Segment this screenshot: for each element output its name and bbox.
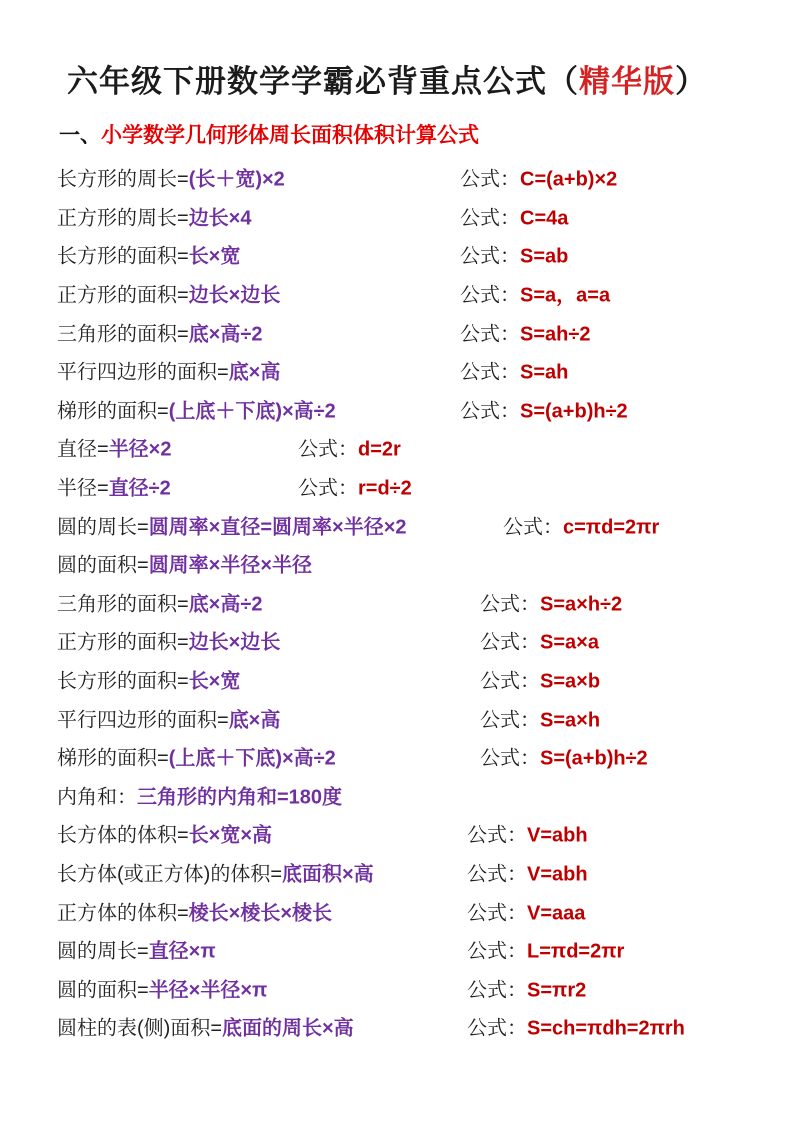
row-expression: 长×宽 — [189, 246, 241, 268]
formula-cell: 公式：S=a，a=a — [460, 279, 610, 308]
page-title: 六年级下册数学学霸必背重点公式（精华版） — [67, 56, 707, 101]
formula-prefix: 公式： — [467, 979, 527, 1001]
row-expression: 棱长×棱长×棱长 — [189, 902, 332, 924]
formula-row: 圆的面积=圆周率×半径×半径 — [0, 544, 793, 583]
formula-prefix: 公式： — [298, 478, 358, 500]
formula-value: V=abh — [527, 825, 588, 847]
formula-cell: 公式：L=πd=2πr — [467, 935, 624, 964]
formula-row: 直径=半径×2 公式：d=2r — [0, 428, 793, 467]
formula-value: S=ah — [520, 362, 568, 384]
row-left: 内角和：三角形的内角和=180度 — [57, 780, 342, 809]
row-label: 长方体(或正方体)的体积= — [57, 863, 282, 885]
formula-cell: 公式：S=ah — [460, 356, 568, 385]
formula-value: S=ch=πdh=2πrh — [527, 1018, 685, 1040]
formula-prefix: 公式： — [467, 863, 527, 885]
formula-prefix: 公式： — [460, 207, 520, 229]
formula-prefix: 公式： — [460, 169, 520, 191]
row-label: 直径= — [57, 439, 109, 461]
formula-value: S=πr2 — [527, 979, 586, 1001]
formula-row: 圆的周长=圆周率×直径=圆周率×半径×2 公式：c=πd=2πr — [0, 505, 793, 544]
formula-prefix: 公式： — [480, 593, 540, 615]
formula-value: S=(a+b)h÷2 — [520, 400, 628, 422]
formula-cell: 公式：S=a×h÷2 — [480, 587, 622, 616]
row-left: 三角形的面积=底×高÷2 — [57, 587, 262, 616]
row-left: 梯形的面积=(上底＋下底)×高÷2 — [57, 394, 336, 423]
row-expression: 底×高 — [229, 709, 281, 731]
row-left: 圆的面积=半径×半径×π — [57, 973, 267, 1002]
formula-row: 圆柱的表(侧)面积=底面的周长×高 公式：S=ch=πdh=2πrh — [0, 1007, 793, 1046]
row-expression: 圆周率×直径=圆周率×半径×2 — [149, 516, 407, 538]
formula-prefix: 公式： — [467, 941, 527, 963]
formula-cell: 公式：r=d÷2 — [298, 472, 412, 501]
formula-row: 长方形的面积=长×宽 公式：S=a×b — [0, 660, 793, 699]
formula-cell: 公式：S=(a+b)h÷2 — [480, 742, 648, 771]
row-expression: 圆周率×半径×半径 — [149, 555, 312, 577]
row-expression: 底×高÷2 — [189, 323, 263, 345]
formula-prefix: 公式： — [460, 400, 520, 422]
formula-cell: 公式：S=ch=πdh=2πrh — [467, 1012, 685, 1041]
page-title-highlight: 精华版 — [579, 64, 675, 99]
formula-cell: 公式：S=πr2 — [467, 973, 586, 1002]
formula-prefix: 公式： — [480, 748, 540, 770]
row-label: 三角形的面积= — [57, 323, 189, 345]
formula-value: V=abh — [527, 863, 588, 885]
formula-row: 半径=直径÷2 公式：r=d÷2 — [0, 467, 793, 506]
row-label: 平行四边形的面积= — [57, 709, 229, 731]
row-expression: (长＋宽)×2 — [189, 169, 285, 191]
row-expression: 边长×边长 — [189, 285, 281, 307]
formula-row: 正方体的体积=棱长×棱长×棱长 公式：V=aaa — [0, 891, 793, 930]
row-label: 内角和： — [57, 786, 137, 808]
row-left: 圆的周长=圆周率×直径=圆周率×半径×2 — [57, 510, 407, 539]
formula-cell: 公式：S=a×b — [480, 665, 600, 694]
row-label: 圆的周长= — [57, 941, 149, 963]
row-left: 正方体的体积=棱长×棱长×棱长 — [57, 896, 332, 925]
formula-row: 梯形的面积=(上底＋下底)×高÷2 公式：S=(a+b)h÷2 — [0, 390, 793, 429]
row-expression: (上底＋下底)×高÷2 — [169, 400, 336, 422]
formula-cell: 公式：C=(a+b)×2 — [460, 163, 617, 192]
row-left: 平行四边形的面积=底×高 — [57, 356, 280, 385]
formula-prefix: 公式： — [480, 709, 540, 731]
page-title-suffix: ） — [675, 64, 707, 99]
formula-row: 三角形的面积=底×高÷2 公式：S=ah÷2 — [0, 312, 793, 351]
formula-value: V=aaa — [527, 902, 585, 924]
formula-list: 长方形的周长=(长＋宽)×2 公式：C=(a+b)×2 正方形的周长=边长×4 … — [0, 158, 793, 1046]
formula-value: c=πd=2πr — [563, 516, 659, 538]
formula-prefix: 公式： — [467, 902, 527, 924]
formula-value: S=a×b — [540, 671, 600, 693]
formula-prefix: 公式： — [480, 632, 540, 654]
row-label: 圆柱的表(侧)面积= — [57, 1018, 222, 1040]
formula-prefix: 公式： — [503, 516, 563, 538]
formula-row: 正方形的周长=边长×4 公式：C=4a — [0, 197, 793, 236]
formula-cell: 公式：S=a×a — [480, 626, 599, 655]
row-expression: 长×宽 — [189, 671, 241, 693]
section-title: 小学数学几何形体周长面积体积计算公式 — [101, 124, 479, 147]
formula-value: d=2r — [358, 439, 401, 461]
row-left: 梯形的面积=(上底＋下底)×高÷2 — [57, 742, 336, 771]
row-expression: 直径×π — [149, 941, 216, 963]
formula-value: S=a×a — [540, 632, 599, 654]
formula-prefix: 公式： — [467, 825, 527, 847]
row-left: 圆的面积=圆周率×半径×半径 — [57, 549, 312, 578]
row-left: 三角形的面积=底×高÷2 — [57, 317, 262, 346]
row-expression: 半径×2 — [109, 439, 172, 461]
row-label: 三角形的面积= — [57, 593, 189, 615]
formula-row: 平行四边形的面积=底×高 公式：S=a×h — [0, 698, 793, 737]
row-expression: 底面的周长×高 — [222, 1018, 354, 1040]
formula-value: L=πd=2πr — [527, 941, 624, 963]
row-label: 长方形的面积= — [57, 671, 189, 693]
row-left: 圆柱的表(侧)面积=底面的周长×高 — [57, 1012, 354, 1041]
page-title-main: 六年级下册数学学霸必背重点公式（ — [67, 64, 579, 99]
row-left: 圆的周长=直径×π — [57, 935, 216, 964]
row-left: 半径=直径÷2 — [57, 472, 171, 501]
formula-cell: 公式：c=πd=2πr — [503, 510, 659, 539]
row-expression: 三角形的内角和=180度 — [137, 786, 342, 808]
row-label: 正方形的面积= — [57, 632, 189, 654]
formula-cell: 公式：d=2r — [298, 433, 401, 462]
formula-row: 长方体的体积=长×宽×高 公式：V=abh — [0, 814, 793, 853]
section-number: 一、 — [59, 124, 101, 147]
row-left: 正方形的面积=边长×边长 — [57, 279, 280, 308]
row-left: 长方形的周长=(长＋宽)×2 — [57, 163, 285, 192]
formula-cell: 公式：S=ah÷2 — [460, 317, 590, 346]
row-label: 梯形的面积= — [57, 400, 169, 422]
formula-prefix: 公式： — [467, 1018, 527, 1040]
formula-value: S=(a+b)h÷2 — [540, 748, 648, 770]
row-label: 长方形的周长= — [57, 169, 189, 191]
row-label: 正方体的体积= — [57, 902, 189, 924]
formula-prefix: 公式： — [298, 439, 358, 461]
row-left: 平行四边形的面积=底×高 — [57, 703, 280, 732]
row-expression: (上底＋下底)×高÷2 — [169, 748, 336, 770]
formula-row: 长方形的周长=(长＋宽)×2 公式：C=(a+b)×2 — [0, 158, 793, 197]
formula-row: 正方形的面积=边长×边长 公式：S=a，a=a — [0, 274, 793, 313]
row-expression: 底×高 — [229, 362, 281, 384]
formula-value: S=ab — [520, 246, 568, 268]
formula-cell: 公式：S=ab — [460, 240, 568, 269]
formula-cell: 公式：C=4a — [460, 201, 568, 230]
row-label: 正方形的面积= — [57, 285, 189, 307]
row-expression: 长×宽×高 — [189, 825, 272, 847]
row-left: 长方体(或正方体)的体积=底面积×高 — [57, 857, 374, 886]
formula-value: S=a，a=a — [520, 285, 610, 307]
formula-prefix: 公式： — [460, 246, 520, 268]
formula-row: 圆的周长=直径×π 公式：L=πd=2πr — [0, 930, 793, 969]
row-label: 圆的面积= — [57, 555, 149, 577]
formula-row: 平行四边形的面积=底×高 公式：S=ah — [0, 351, 793, 390]
formula-prefix: 公式： — [460, 323, 520, 345]
row-expression: 底×高÷2 — [189, 593, 263, 615]
formula-cell: 公式：V=abh — [467, 819, 588, 848]
formula-row: 长方形的面积=长×宽 公式：S=ab — [0, 235, 793, 274]
formula-value: C=4a — [520, 207, 568, 229]
formula-cell: 公式：V=aaa — [467, 896, 585, 925]
row-expression: 边长×4 — [189, 207, 252, 229]
row-label: 长方形的面积= — [57, 246, 189, 268]
row-label: 半径= — [57, 478, 109, 500]
formula-cell: 公式：S=(a+b)h÷2 — [460, 394, 628, 423]
formula-value: S=a×h — [540, 709, 600, 731]
formula-prefix: 公式： — [460, 362, 520, 384]
row-expression: 半径×半径×π — [149, 979, 268, 1001]
row-left: 正方形的面积=边长×边长 — [57, 626, 280, 655]
formula-row: 正方形的面积=边长×边长 公式：S=a×a — [0, 621, 793, 660]
row-expression: 直径÷2 — [109, 478, 171, 500]
formula-cell: 公式：S=a×h — [480, 703, 600, 732]
formula-row: 梯形的面积=(上底＋下底)×高÷2 公式：S=(a+b)h÷2 — [0, 737, 793, 776]
formula-prefix: 公式： — [480, 671, 540, 693]
row-left: 长方形的面积=长×宽 — [57, 240, 240, 269]
row-label: 正方形的周长= — [57, 207, 189, 229]
row-label: 圆的周长= — [57, 516, 149, 538]
section-heading: 一、小学数学几何形体周长面积体积计算公式 — [59, 119, 479, 149]
row-left: 长方体的体积=长×宽×高 — [57, 819, 272, 848]
row-expression: 边长×边长 — [189, 632, 281, 654]
formula-cell: 公式：V=abh — [467, 857, 588, 886]
formula-row: 圆的面积=半径×半径×π 公式：S=πr2 — [0, 968, 793, 1007]
row-left: 正方形的周长=边长×4 — [57, 201, 252, 230]
formula-row: 长方体(或正方体)的体积=底面积×高 公式：V=abh — [0, 853, 793, 892]
row-label: 梯形的面积= — [57, 748, 169, 770]
formula-value: S=ah÷2 — [520, 323, 590, 345]
row-left: 长方形的面积=长×宽 — [57, 665, 240, 694]
row-left: 直径=半径×2 — [57, 433, 172, 462]
row-label: 长方体的体积= — [57, 825, 189, 847]
row-label: 圆的面积= — [57, 979, 149, 1001]
row-expression: 底面积×高 — [282, 863, 374, 885]
formula-value: S=a×h÷2 — [540, 593, 622, 615]
document-page: 六年级下册数学学霸必背重点公式（精华版） 一、小学数学几何形体周长面积体积计算公… — [0, 0, 793, 1122]
formula-value: C=(a+b)×2 — [520, 169, 617, 191]
formula-prefix: 公式： — [460, 285, 520, 307]
formula-value: r=d÷2 — [358, 478, 412, 500]
formula-row: 三角形的面积=底×高÷2 公式：S=a×h÷2 — [0, 583, 793, 622]
formula-row: 内角和：三角形的内角和=180度 — [0, 776, 793, 815]
row-label: 平行四边形的面积= — [57, 362, 229, 384]
